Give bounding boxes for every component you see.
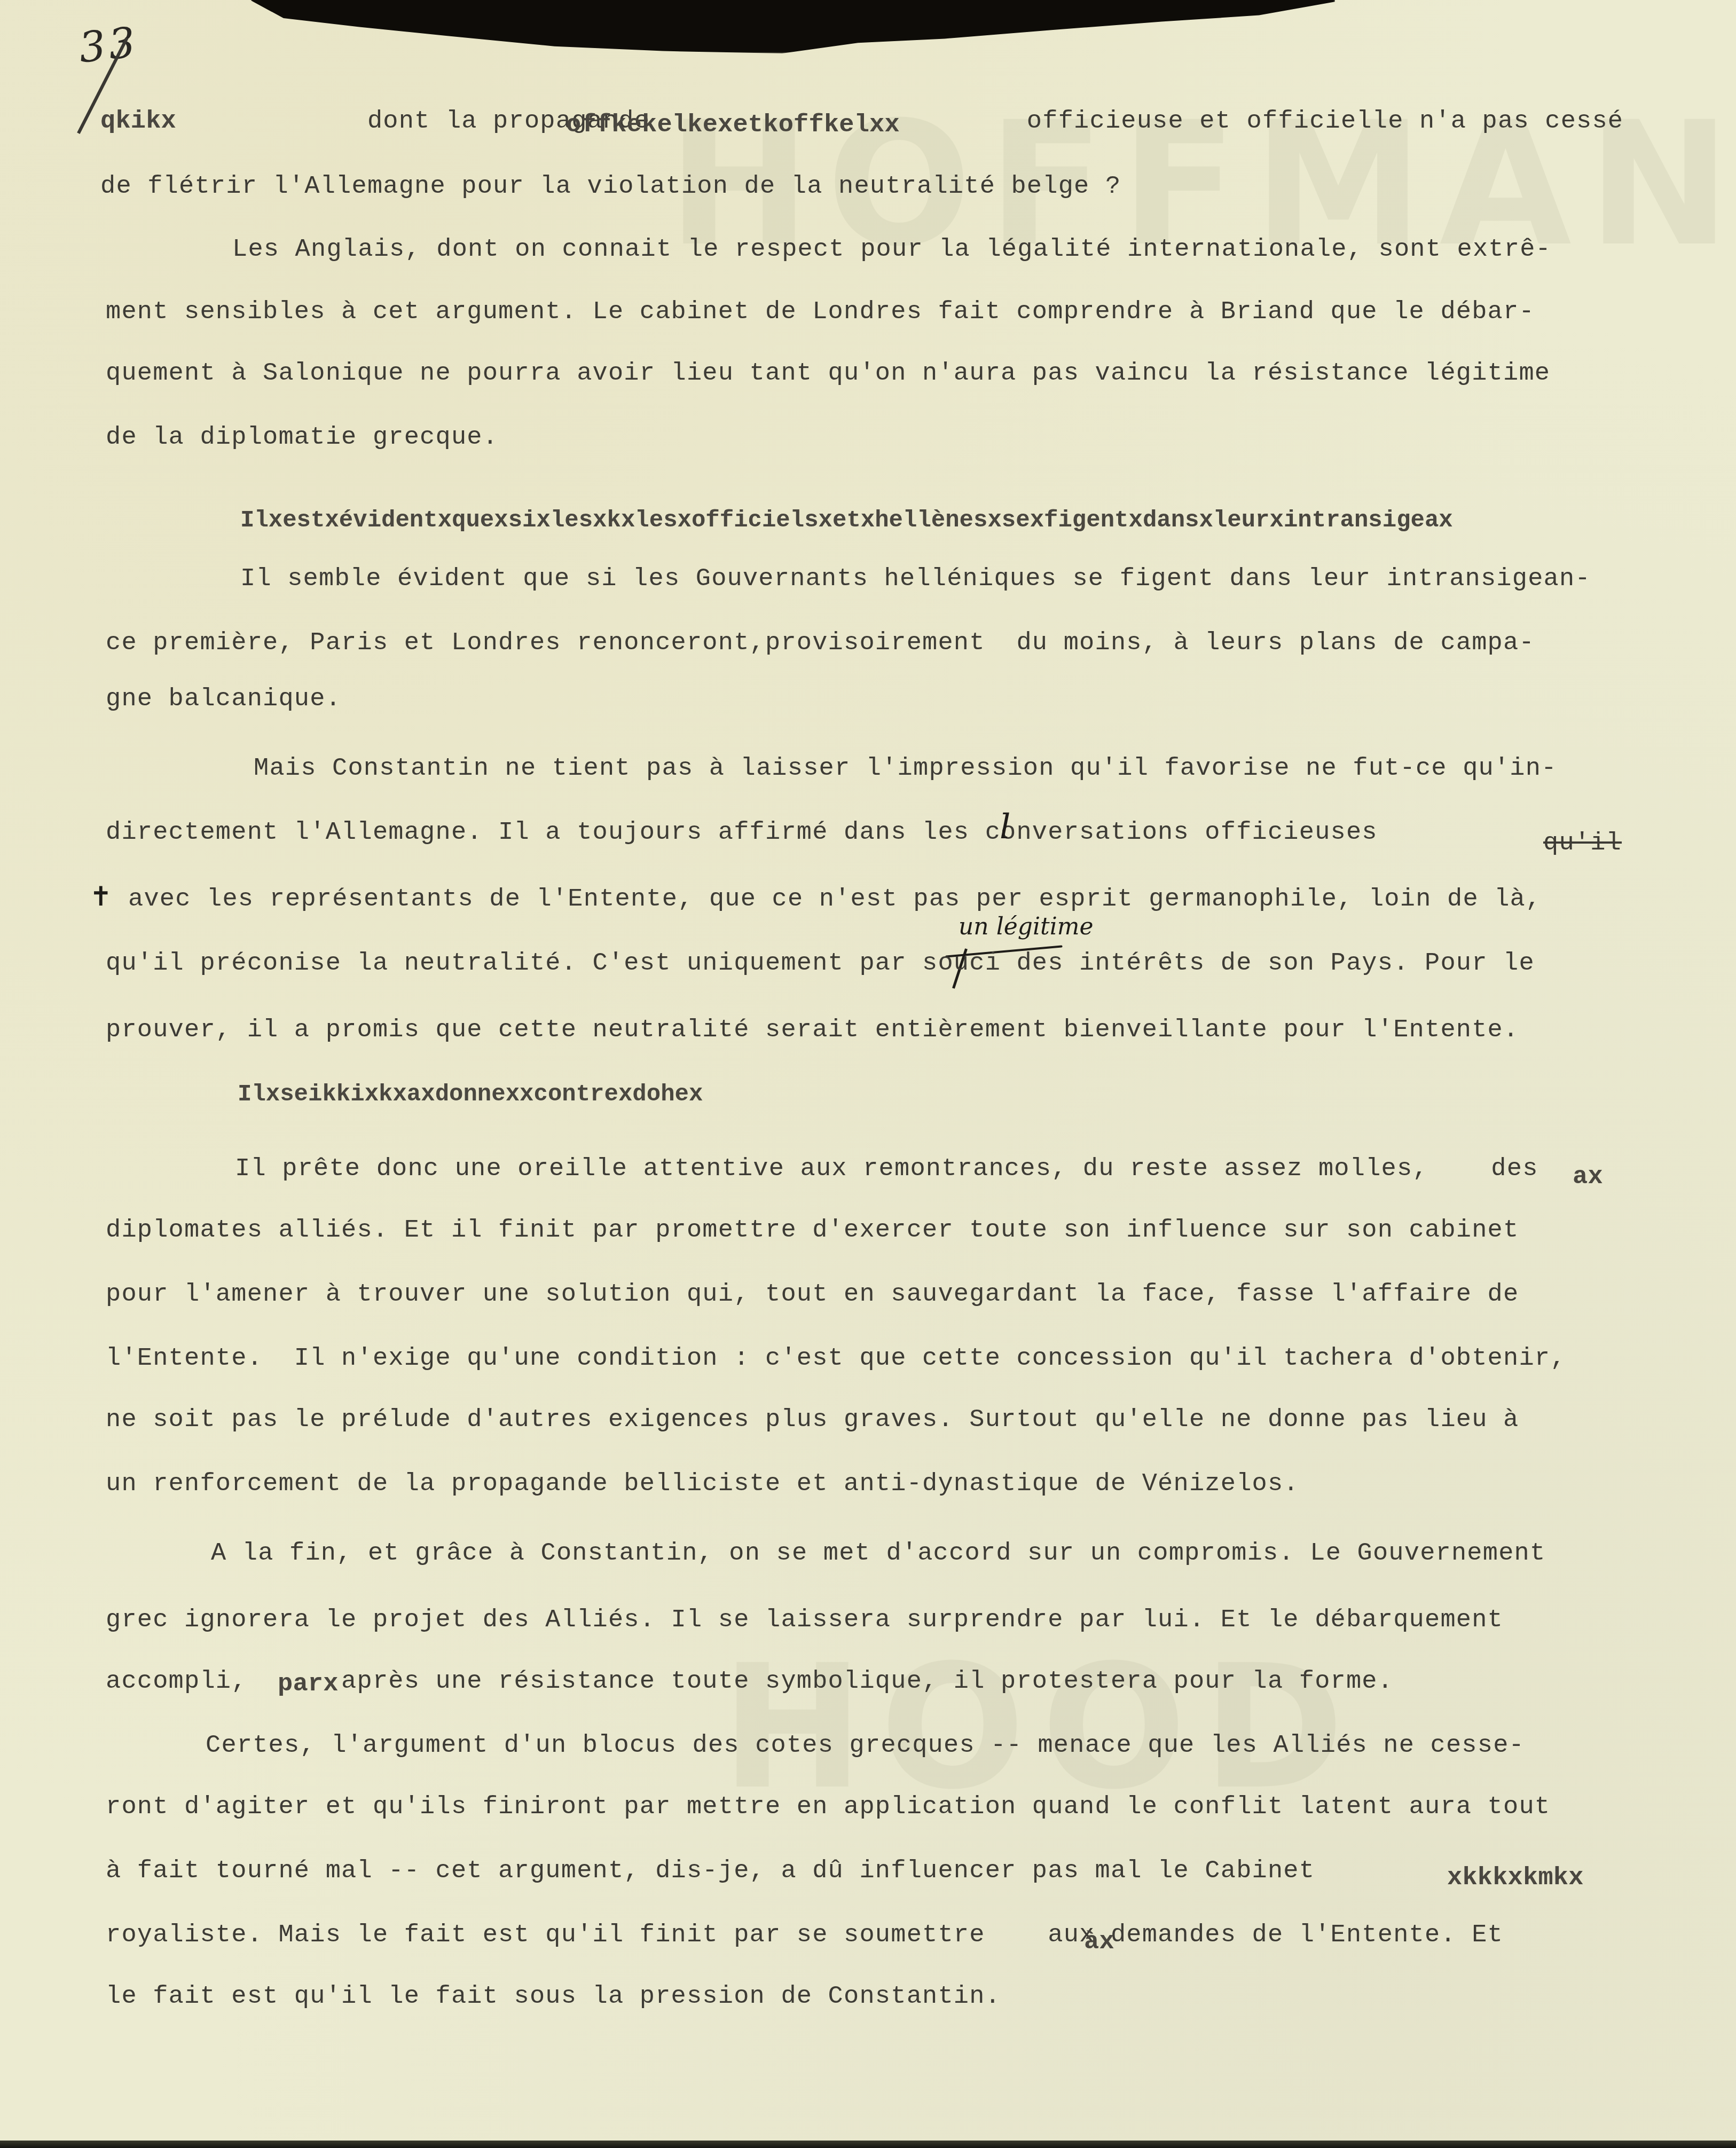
struck-line: Ilxestxévidentxquexsixlesxkxlesxofficiel… (240, 505, 1453, 537)
struck-word: àx (1084, 1926, 1114, 1958)
struck-word: qu'il (1543, 828, 1622, 860)
text-line: ne soit pas le prélude d'autres exigence… (106, 1404, 1519, 1436)
text-line: avec les représentants de l'Entente, que… (128, 884, 1541, 916)
page-bottom-edge (0, 2141, 1736, 2148)
text-line: grec ignorera le projet des Alliés. Il s… (106, 1604, 1503, 1636)
text-line: Certes, l'argument d'un blocus des cotes… (206, 1730, 1525, 1762)
text-line: Il prête donc une oreille attentive aux … (235, 1153, 1538, 1185)
text-line: de la diplomatie grecque. (106, 422, 498, 454)
text-line: qu'il préconise la neutralité. C'est uni… (106, 948, 1535, 980)
struck-word: parx (278, 1669, 339, 1701)
text-line: directement l'Allemagne. Il a toujours a… (106, 817, 1378, 849)
struck-word: ax (1573, 1161, 1603, 1193)
margin-insertion-mark: ✝ (90, 881, 112, 912)
text-line: prouver, il a promis que cette neutralit… (106, 1014, 1519, 1047)
text-line: un renforcement de la propagande bellici… (106, 1468, 1299, 1500)
text-line: le fait est qu'il le fait sous la pressi… (106, 1981, 1001, 2013)
text-line: ce première, Paris et Londres renonceron… (106, 627, 1535, 659)
text-line: Mais Constantin ne tient pas à laisser l… (254, 753, 1557, 785)
text-line: diplomates alliés. Et il finit par prome… (106, 1215, 1519, 1247)
handwritten-correction: l (1000, 807, 1010, 847)
page-number: 33 (77, 18, 141, 72)
text-line: A la fin, et grâce à Constantin, on se m… (211, 1538, 1545, 1570)
struck-word: xkkkxkmkx (1447, 1862, 1584, 1894)
text-line: royaliste. Mais le fait est qu'il finit … (106, 1919, 1503, 1952)
text-line: ment sensibles à cet argument. Le cabine… (106, 296, 1535, 328)
handwritten-insertion: un légitime (959, 913, 1094, 940)
text-line: de flétrir l'Allemagne pour la violation… (100, 171, 1121, 203)
text-line: gne balcanique. (106, 683, 341, 715)
text-line: Il semble évident que si les Gouvernants… (240, 563, 1591, 595)
struck-line: Ilxseikkixkxaxdonnexxcontrexdohex (238, 1079, 703, 1111)
text-line: pour l'amener à trouver une solution qui… (106, 1279, 1519, 1311)
text-line: l'Entente. Il n'exige qu'une condition :… (106, 1343, 1566, 1375)
text-line: à fait tourné mal -- cet argument, dis-j… (106, 1855, 1315, 1887)
text-line: Les Anglais, dont on connait le respect … (232, 234, 1551, 266)
text-line: ront d'agiter et qu'ils finiront par met… (106, 1791, 1550, 1823)
text-line: quement à Salonique ne pourra avoir lieu… (106, 358, 1550, 390)
struck-word: offkekelkexetkoffkelxx (566, 109, 900, 141)
